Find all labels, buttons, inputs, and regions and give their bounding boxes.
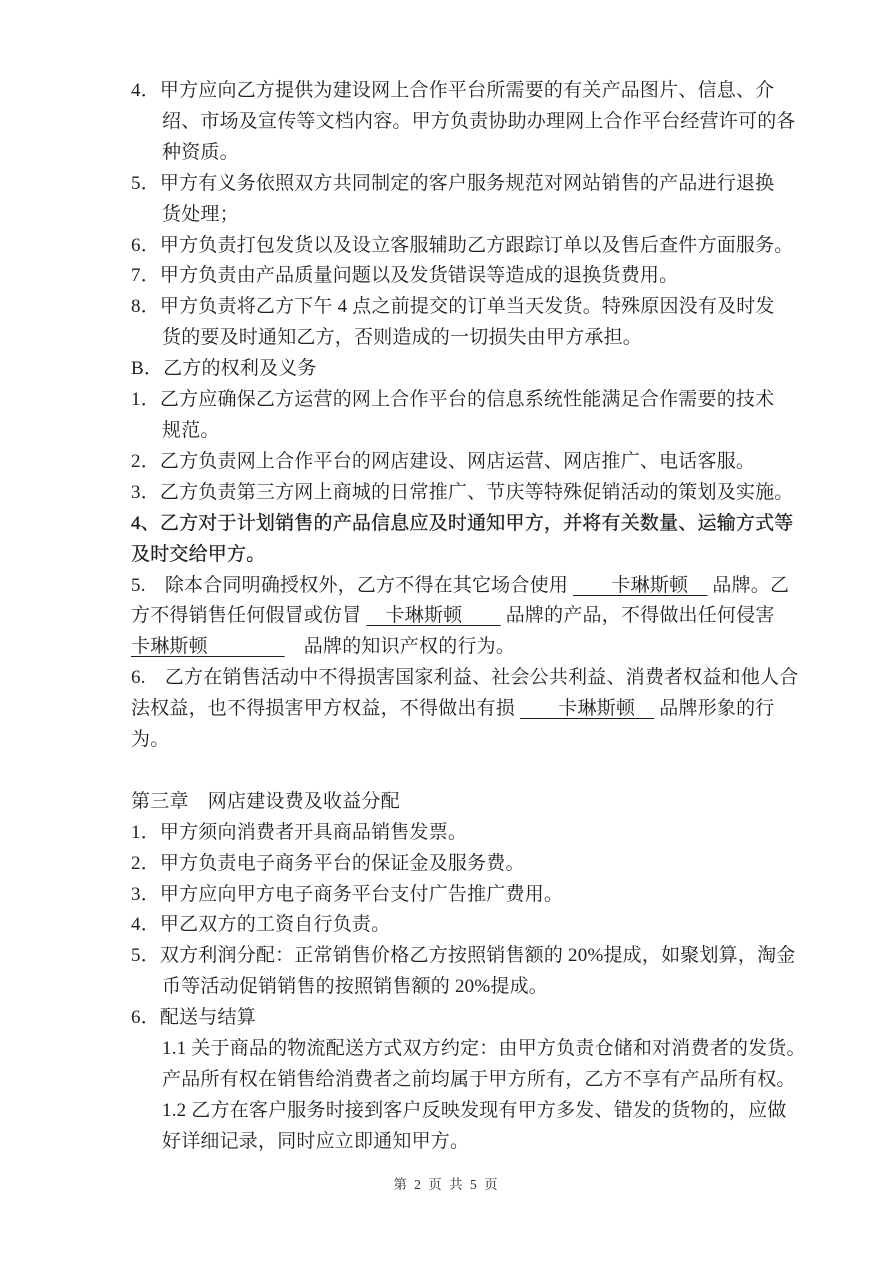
- text-segment: 6．甲方负责打包发货以及设立客服辅助乙方跟踪订单以及售后查件方面服务。: [131, 235, 794, 256]
- document-line: 产品所有权在销售给消费者之前均属于甲方所有，乙方不享有产品所有权。: [131, 1065, 773, 1096]
- document-line: 5．甲方有义务依照双方共同制定的客户服务规范对网站销售的产品进行退换: [131, 169, 773, 200]
- text-segment: 5．双方利润分配：正常销售价格乙方按照销售额的 20%提成，如聚划算，淘金: [131, 945, 795, 966]
- document-line: 4．甲方应向乙方提供为建设网上合作平台所需要的有关产品图片、信息、介: [131, 76, 773, 107]
- document-line: 规范。: [131, 416, 773, 447]
- text-segment: 品牌。乙: [707, 575, 789, 596]
- document-page: 4．甲方应向乙方提供为建设网上合作平台所需要的有关产品图片、信息、介绍、市场及宣…: [0, 0, 893, 1263]
- document-line: 8．甲方负责将乙方下午 4 点之前提交的订单当天发货。特殊原因没有及时发: [131, 292, 773, 323]
- text-segment: 品牌的知识产权的行为。: [285, 636, 515, 657]
- text-segment: 6．配送与结算: [131, 1007, 256, 1028]
- document-line: 第三章 网店建设费及收益分配: [131, 787, 773, 818]
- text-segment: 1．乙方应确保乙方运营的网上合作平台的信息系统性能满足合作需要的技术: [131, 389, 774, 410]
- document-line: 1．甲方须向消费者开具商品销售发票。: [131, 818, 773, 849]
- text-segment: 好详细记录，同时应立即通知甲方。: [162, 1131, 469, 1152]
- text-segment: 币等活动促销销售的按照销售额的 20%提成。: [162, 976, 548, 997]
- text-segment: 方不得销售任何假冒或仿冒: [131, 605, 366, 626]
- document-line: 6．配送与结算: [131, 1003, 773, 1034]
- text-segment: 4、乙方对于计划销售的产品信息应及时通知甲方，并将有关数量、运输方式等: [131, 513, 794, 534]
- text-segment: 3．甲方应向甲方电子商务平台支付广告推广费用。: [131, 884, 563, 905]
- text-segment: 为。: [131, 729, 169, 750]
- filled-blank-underline: 卡琳斯顿: [573, 575, 707, 596]
- text-segment: 第三章 网店建设费及收益分配: [131, 791, 400, 812]
- text-segment: 1．甲方须向消费者开具商品销售发票。: [131, 822, 467, 843]
- document-line: 3．乙方负责第三方网上商城的日常推广、节庆等特殊促销活动的策划及实施。: [131, 478, 773, 509]
- document-line: 6. 乙方在销售活动中不得损害国家利益、社会公共利益、消费者权益和他人合: [131, 663, 773, 694]
- document-line: 2．乙方负责网上合作平台的网店建设、网店运营、网店推广、电话客服。: [131, 447, 773, 478]
- document-line: 3．甲方应向甲方电子商务平台支付广告推广费用。: [131, 880, 773, 911]
- text-segment: 产品所有权在销售给消费者之前均属于甲方所有，乙方不享有产品所有权。: [162, 1069, 796, 1090]
- text-segment: 4．甲方应向乙方提供为建设网上合作平台所需要的有关产品图片、信息、介: [131, 80, 774, 101]
- text-segment: 规范。: [162, 420, 220, 441]
- text-segment: 2．乙方负责网上合作平台的网店建设、网店运营、网店推广、电话客服。: [131, 451, 755, 472]
- text-segment: 品牌形象的行: [654, 698, 774, 719]
- document-line: 7．甲方负责由产品质量问题以及发货错误等造成的退换货费用。: [131, 261, 773, 292]
- document-line: 币等活动促销销售的按照销售额的 20%提成。: [131, 972, 773, 1003]
- page-footer: 第 2 页 共 5 页: [0, 1173, 893, 1193]
- document-line: 4、乙方对于计划销售的产品信息应及时通知甲方，并将有关数量、运输方式等: [131, 509, 773, 540]
- text-segment: 8．甲方负责将乙方下午 4 点之前提交的订单当天发货。特殊原因没有及时发: [131, 296, 775, 317]
- text-segment: 3．乙方负责第三方网上商城的日常推广、节庆等特殊促销活动的策划及实施。: [131, 482, 794, 503]
- document-line: [131, 756, 773, 787]
- document-line: 绍、市场及宣传等文档内容。甲方负责协助办理网上合作平台经营许可的各: [131, 107, 773, 138]
- text-segment: 品牌的产品，不得做出任何侵害: [501, 605, 775, 626]
- text-segment: 及时交给甲方。: [131, 544, 265, 565]
- text-segment: 6. 乙方在销售活动中不得损害国家利益、社会公共利益、消费者权益和他人合: [131, 667, 798, 688]
- text-segment: 5．甲方有义务依照双方共同制定的客户服务规范对网站销售的产品进行退换: [131, 173, 774, 194]
- text-segment: 2．甲方负责电子商务平台的保证金及服务费。: [131, 853, 525, 874]
- page-number-label: 第 2 页 共 5 页: [393, 1177, 499, 1192]
- filled-blank-underline: 卡琳斯顿: [366, 605, 500, 626]
- text-segment: 1.1 关于商品的物流配送方式双方约定：由甲方负责仓储和对消费者的发货。: [162, 1038, 806, 1059]
- document-line: 方不得销售任何假冒或仿冒 卡琳斯顿 品牌的产品，不得做出任何侵害: [131, 601, 773, 632]
- document-line: 5. 除本合同明确授权外，乙方不得在其它场合使用 卡琳斯顿 品牌。乙: [131, 571, 773, 602]
- document-line: 法权益，也不得损害甲方权益，不得做出有损 卡琳斯顿 品牌形象的行: [131, 694, 773, 725]
- document-line: 卡琳斯顿 品牌的知识产权的行为。: [131, 632, 773, 663]
- document-line: 种资质。: [131, 138, 773, 169]
- document-line: 2．甲方负责电子商务平台的保证金及服务费。: [131, 849, 773, 880]
- document-line: 好详细记录，同时应立即通知甲方。: [131, 1127, 773, 1158]
- document-line: 4．甲乙双方的工资自行负责。: [131, 910, 773, 941]
- document-line: 及时交给甲方。: [131, 540, 773, 571]
- text-segment: 5. 除本合同明确授权外，乙方不得在其它场合使用: [131, 575, 573, 596]
- filled-blank-underline: 卡琳斯顿: [520, 698, 654, 719]
- text-segment: 绍、市场及宣传等文档内容。甲方负责协助办理网上合作平台经营许可的各: [162, 111, 796, 132]
- text-segment: 1.2 乙方在客户服务时接到客户反映发现有甲方多发、错发的货物的，应做: [162, 1100, 787, 1121]
- text-segment: 货处理；: [162, 204, 239, 225]
- text-segment: 7．甲方负责由产品质量问题以及发货错误等造成的退换货费用。: [131, 265, 678, 286]
- document-line: 1.1 关于商品的物流配送方式双方约定：由甲方负责仓储和对消费者的发货。: [131, 1034, 773, 1065]
- filled-blank-underline: 卡琳斯顿: [131, 636, 285, 657]
- document-line: 为。: [131, 725, 773, 756]
- document-line: 6．甲方负责打包发货以及设立客服辅助乙方跟踪订单以及售后查件方面服务。: [131, 231, 773, 262]
- document-line: 1.2 乙方在客户服务时接到客户反映发现有甲方多发、错发的货物的，应做: [131, 1096, 773, 1127]
- text-segment: 种资质。: [162, 142, 239, 163]
- document-line: 货处理；: [131, 200, 773, 231]
- document-line: 货的要及时通知乙方，否则造成的一切损失由甲方承担。: [131, 323, 773, 354]
- text-segment: 货的要及时通知乙方，否则造成的一切损失由甲方承担。: [162, 327, 642, 348]
- document-line: B．乙方的权利及义务: [131, 354, 773, 385]
- text-segment: 法权益，也不得损害甲方权益，不得做出有损: [131, 698, 520, 719]
- document-body: 4．甲方应向乙方提供为建设网上合作平台所需要的有关产品图片、信息、介绍、市场及宣…: [0, 0, 893, 1158]
- document-line: 1．乙方应确保乙方运营的网上合作平台的信息系统性能满足合作需要的技术: [131, 385, 773, 416]
- text-segment: B．乙方的权利及义务: [131, 358, 317, 379]
- document-line: 5．双方利润分配：正常销售价格乙方按照销售额的 20%提成，如聚划算，淘金: [131, 941, 773, 972]
- text-segment: 4．甲乙双方的工资自行负责。: [131, 914, 390, 935]
